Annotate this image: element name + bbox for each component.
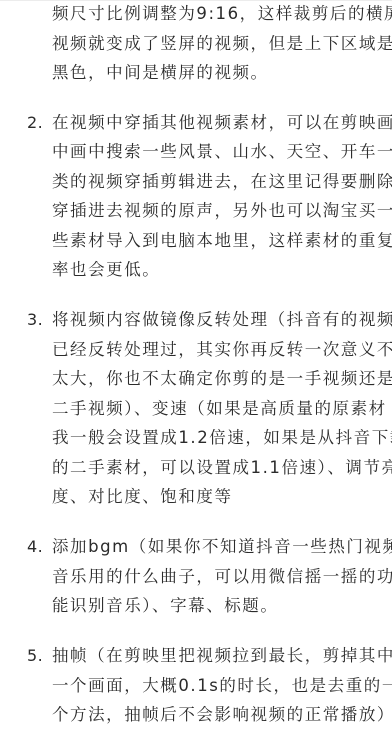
text-line: 度、对比度、饱和度等 [52, 482, 233, 512]
text-line: 我一般会设置成1.2倍速，如果是从抖音下载 [52, 423, 392, 453]
list-number: 4. [27, 532, 43, 562]
text-line: 添加bgm（如果你不知道抖音一些热门视频 [52, 532, 392, 562]
text-line: 已经反转处理过，其实你再反转一次意义不 [52, 335, 392, 365]
text-line: 些素材导入到电脑本地里，这样素材的重复 [52, 226, 392, 256]
list-number: 5. [27, 641, 43, 671]
text-line: 个方法，抽帧后不会影响视频的正常播放） [52, 700, 392, 730]
text-line: 抽帧（在剪映里把视频拉到最长，剪掉其中 [52, 641, 392, 671]
text-line: 在视频中穿插其他视频素材，可以在剪映画 [52, 108, 392, 138]
text-line: 二手视频）、变速（如果是高质量的原素材 [52, 394, 387, 424]
list-number: 2. [27, 108, 43, 138]
text-line: 太大，你也不太确定你剪的是一手视频还是 [52, 364, 392, 394]
text-line: 视频就变成了竖屏的视频，但是上下区域是 [52, 29, 392, 59]
text-line: 类的视频穿插剪辑进去，在这里记得要删除 [52, 167, 392, 197]
text-line: 能识别音乐）、字幕、标题。 [52, 591, 278, 621]
text-line: 音乐用的什么曲子，可以用微信摇一摇的功 [52, 562, 392, 592]
text-line: 的二手素材，可以设置成1.1倍速）、调节亮 [52, 453, 392, 483]
text-line: 穿插进去视频的原声，另外也可以淘宝买一 [52, 196, 392, 226]
text-line: 频尺寸比例调整为9:16，这样裁剪后的横屏 [52, 0, 392, 29]
text-line: 一个画面，大概0.1s的时长，也是去重的一 [52, 671, 392, 701]
text-line: 中画中搜索一些风景、山水、天空、开车一 [52, 137, 392, 167]
text-line: 率也会更低。 [52, 255, 160, 285]
list-number: 3. [27, 305, 43, 335]
text-line: 将视频内容做镜像反转处理（抖音有的视频 [52, 305, 392, 335]
text-line: 黑色，中间是横屏的视频。 [52, 58, 269, 88]
